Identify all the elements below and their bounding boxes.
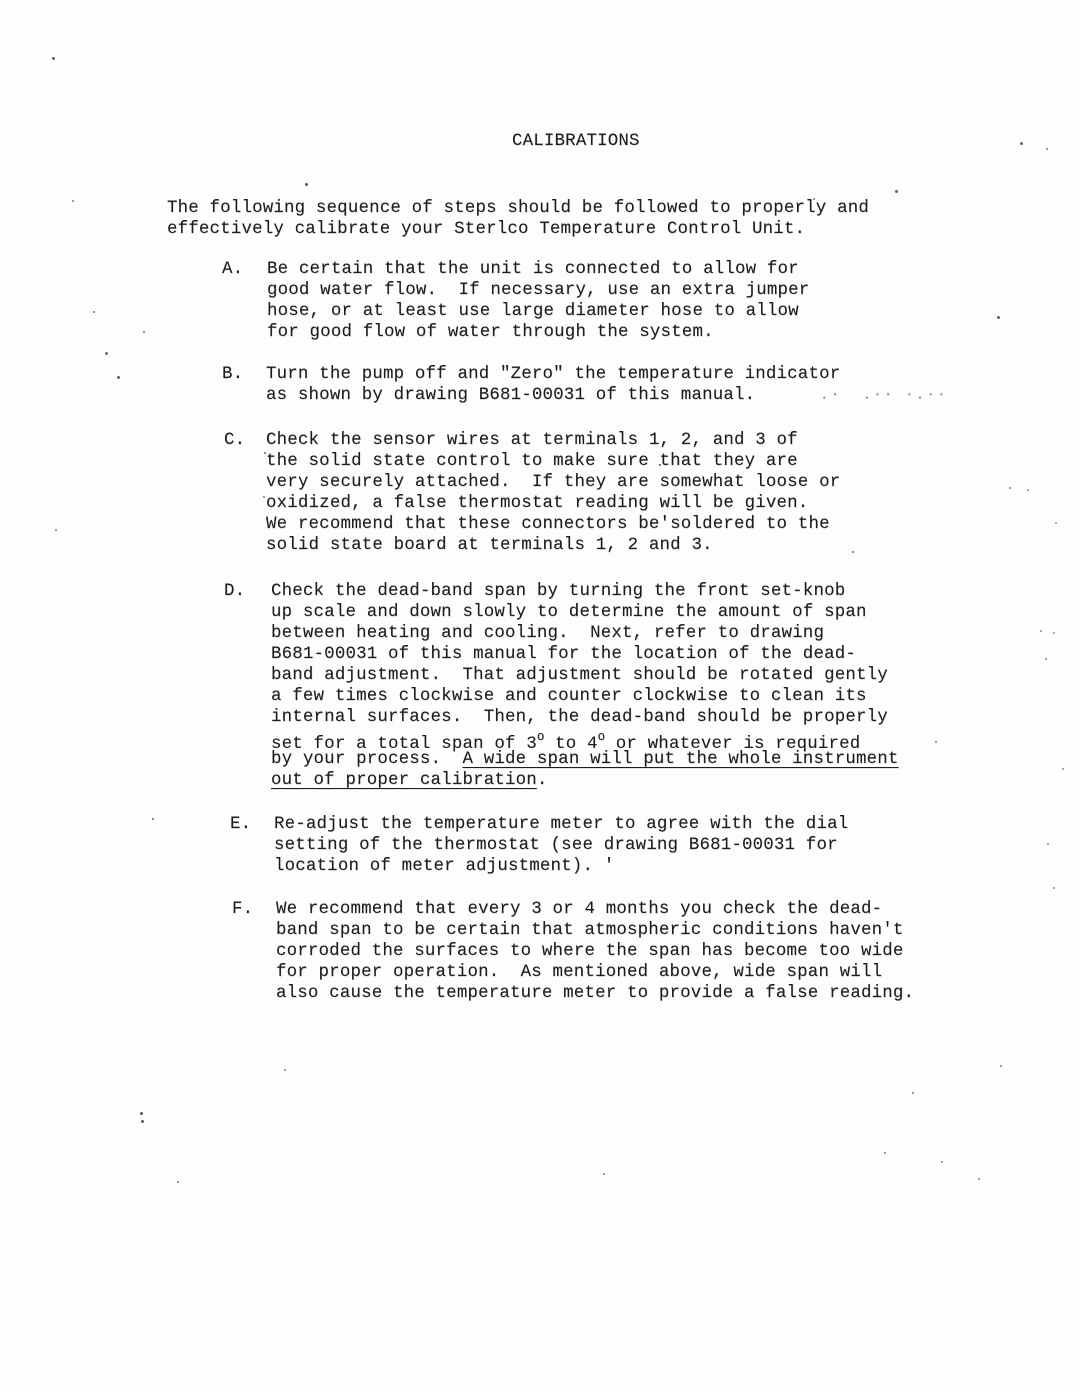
text-segment: band adjustment. That adjustment should … — [271, 666, 888, 685]
text-segment: for good flow of water through the syste… — [267, 323, 714, 342]
text-line: setting of the thermostat (see drawing B… — [274, 835, 848, 856]
text-segment: solid state board at terminals 1, 2 and … — [266, 536, 713, 555]
item-body: We recommend that every 3 or 4 months yo… — [276, 899, 914, 1004]
scan-speck — [72, 200, 74, 202]
text-line: oxidized, a false thermostat reading wil… — [266, 493, 840, 514]
text-segment: We recommend that every 3 or 4 months yo… — [276, 900, 882, 919]
text-line: set for a total span of 3o to 4o or what… — [271, 728, 899, 749]
text-segment: Turn the pump off and "Zero" the tempera… — [266, 365, 840, 384]
text-segment: We recommend that these connectors be'so… — [266, 515, 830, 534]
text-line: as shown by drawing B681-00031 of this m… — [266, 385, 947, 406]
text-line: solid state board at terminals 1, 2 and … — [266, 535, 840, 556]
list-item-F: F.We recommend that every 3 or 4 months … — [232, 899, 914, 1004]
list-item-C: C.Check the sensor wires at terminals 1,… — [224, 430, 840, 556]
item-label: C. — [224, 430, 266, 556]
scan-speck — [997, 316, 1000, 319]
scan-speck — [852, 551, 854, 553]
scan-speck — [1000, 1065, 1002, 1067]
scan-speck — [884, 1152, 886, 1154]
text-segment: the solid state control to make sure tha… — [266, 452, 798, 471]
text-segment: between heating and cooling. Next, refer… — [271, 624, 824, 643]
scan-speck — [152, 818, 154, 820]
text-line: up scale and down slowly to determine th… — [271, 602, 899, 623]
scan-speck — [1055, 522, 1057, 524]
scan-speck — [1020, 142, 1023, 145]
text-line: corroded the surfaces to where the span … — [276, 941, 914, 962]
text-line: location of meter adjustment). ' — [274, 856, 848, 877]
scan-speck — [117, 376, 120, 379]
text-line: Be certain that the unit is connected to… — [267, 259, 809, 280]
text-segment: Be certain that the unit is connected to… — [267, 260, 799, 279]
text-segment: setting of the thermostat (see drawing B… — [274, 836, 838, 855]
scan-speck — [1040, 630, 1042, 632]
item-label: A. — [222, 259, 267, 343]
list-item-E: E.Re-adjust the temperature meter to agr… — [230, 814, 848, 877]
text-segment: internal surfaces. Then, the dead-band s… — [271, 708, 888, 727]
superscript-degree: o — [598, 730, 606, 744]
underlined-text: A wide span will put the whole instrumen… — [462, 750, 898, 769]
list-item-B: B.Turn the pump off and "Zero" the tempe… — [222, 364, 947, 406]
scan-speck — [1062, 768, 1064, 770]
text-segment: Check the sensor wires at terminals 1, 2… — [266, 431, 798, 450]
text-line: between heating and cooling. Next, refer… — [271, 623, 899, 644]
text-segment: .· .·· ·.·· — [755, 386, 946, 405]
scan-speck — [1009, 487, 1011, 489]
items-list: A.Be certain that the unit is connected … — [0, 0, 1080, 1391]
list-item-D: D.Check the dead-band span by turning th… — [224, 581, 899, 791]
item-label: D. — [224, 581, 271, 791]
scan-speck — [105, 352, 108, 355]
text-segment: Re-adjust the temperature meter to agree… — [274, 815, 848, 834]
scan-speck — [177, 1181, 179, 1183]
text-line: internal surfaces. Then, the dead-band s… — [271, 707, 899, 728]
scan-speck — [978, 1178, 980, 1180]
scan-speck — [1053, 632, 1055, 634]
text-line: We recommend that every 3 or 4 months yo… — [276, 899, 914, 920]
text-segment: good water flow. If necessary, use an ex… — [267, 281, 809, 300]
scan-speck — [284, 1069, 286, 1071]
scan-speck — [263, 496, 265, 498]
text-line: by your process. A wide span will put th… — [271, 749, 899, 770]
text-line: the solid state control to make sure tha… — [266, 451, 840, 472]
text-segment: very securely attached. If they are some… — [266, 473, 840, 492]
scan-speck — [305, 183, 308, 186]
item-body: Re-adjust the temperature meter to agree… — [274, 814, 848, 877]
text-line: We recommend that these connectors be'so… — [266, 514, 840, 535]
item-body: Check the dead-band span by turning the … — [271, 581, 899, 791]
item-body: Check the sensor wires at terminals 1, 2… — [266, 430, 840, 556]
scan-speck — [264, 452, 266, 454]
text-segment: location of meter adjustment). — [274, 857, 604, 876]
text-segment: up scale and down slowly to determine th… — [271, 603, 867, 622]
text-line: Check the dead-band span by turning the … — [271, 581, 899, 602]
text-line: very securely attached. If they are some… — [266, 472, 840, 493]
scanned-document-page: CALIBRATIONS The following sequence of s… — [0, 0, 1080, 1391]
item-body: Be certain that the unit is connected to… — [267, 259, 809, 343]
scan-speck — [813, 198, 815, 200]
text-line: for proper operation. As mentioned above… — [276, 962, 914, 983]
text-segment: band span to be certain that atmospheric… — [276, 921, 904, 940]
text-line: Re-adjust the temperature meter to agree… — [274, 814, 848, 835]
item-label: E. — [230, 814, 274, 877]
text-segment: B681-00031 of this manual for the locati… — [271, 645, 856, 664]
underlined-text: out of proper calibration — [271, 771, 537, 790]
text-line: a few times clockwise and counter clockw… — [271, 686, 899, 707]
scan-speck — [93, 311, 95, 313]
text-segment: Check the dead-band span by turning the … — [271, 582, 845, 601]
text-segment: as shown by drawing B681-00031 of this m… — [266, 386, 755, 405]
scan-speck — [1053, 887, 1055, 889]
superscript-degree: o — [537, 730, 545, 744]
text-segment: corroded the surfaces to where the span … — [276, 942, 904, 961]
text-line: B681-00031 of this manual for the locati… — [271, 644, 899, 665]
text-segment: ' — [604, 857, 615, 876]
scan-speck — [141, 1120, 144, 1123]
scan-speck — [1027, 489, 1029, 491]
scan-speck — [1045, 658, 1047, 660]
text-segment: a few times clockwise and counter clockw… — [271, 687, 867, 706]
scan-speck — [55, 529, 57, 531]
text-line: Turn the pump off and "Zero" the tempera… — [266, 364, 947, 385]
text-line: out of proper calibration. — [271, 770, 899, 791]
list-item-A: A.Be certain that the unit is connected … — [222, 259, 809, 343]
text-segment: also cause the temperature meter to prov… — [276, 984, 914, 1003]
scan-speck — [941, 1161, 943, 1163]
scan-speck — [895, 190, 898, 193]
text-segment: hose, or at least use large diameter hos… — [267, 302, 799, 321]
scan-speck — [603, 1173, 605, 1175]
text-line: also cause the temperature meter to prov… — [276, 983, 914, 1004]
scan-speck — [912, 1092, 914, 1094]
text-segment: oxidized, a false thermostat reading wil… — [266, 494, 808, 513]
scan-speck — [935, 741, 937, 743]
scan-speck — [659, 464, 661, 466]
scan-speck — [140, 1112, 143, 1115]
item-body: Turn the pump off and "Zero" the tempera… — [266, 364, 947, 406]
item-label: F. — [232, 899, 276, 1004]
text-line: hose, or at least use large diameter hos… — [267, 301, 809, 322]
text-line: Check the sensor wires at terminals 1, 2… — [266, 430, 840, 451]
text-line: good water flow. If necessary, use an ex… — [267, 280, 809, 301]
text-segment: . — [537, 771, 548, 790]
scan-speck — [52, 57, 55, 60]
text-line: band adjustment. That adjustment should … — [271, 665, 899, 686]
item-label: B. — [222, 364, 266, 406]
scan-speck — [143, 331, 145, 333]
text-line: band span to be certain that atmospheric… — [276, 920, 914, 941]
scan-speck — [1047, 843, 1049, 845]
text-segment: for proper operation. As mentioned above… — [276, 963, 882, 982]
scan-speck — [1046, 148, 1048, 150]
text-line: for good flow of water through the syste… — [267, 322, 809, 343]
text-segment: by your process. — [271, 750, 462, 769]
